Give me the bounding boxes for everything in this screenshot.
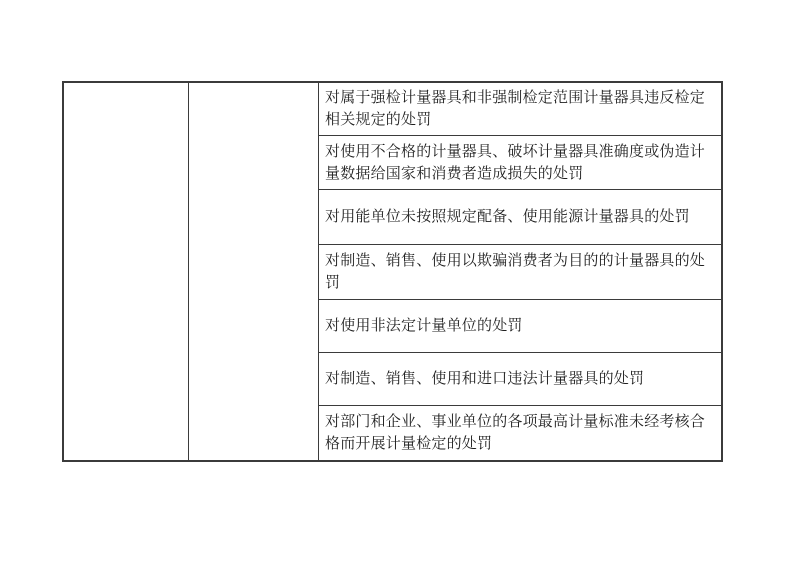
- table-row: 对使用不合格的计量器具、破坏计量器具准确度或伪造计量数据给国家和消费者造成损失的…: [319, 136, 721, 190]
- table-column-items: 对属于强检计量器具和非强制检定范围计量器具违反检定相关规定的处罚 对使用不合格的…: [319, 83, 721, 460]
- table-column-empty-2: [189, 83, 319, 460]
- table-row: 对制造、销售、使用和进口违法计量器具的处罚: [319, 353, 721, 406]
- table-row: 对属于强检计量器具和非强制检定范围计量器具违反检定相关规定的处罚: [319, 83, 721, 136]
- table-row: 对制造、销售、使用以欺骗消费者为目的的计量器具的处罚: [319, 245, 721, 300]
- table-row: 对使用非法定计量单位的处罚: [319, 300, 721, 353]
- document-page: 对属于强检计量器具和非强制检定范围计量器具违反检定相关规定的处罚 对使用不合格的…: [0, 0, 800, 566]
- table-row: 对部门和企业、事业单位的各项最高计量标准未经考核合格而开展计量检定的处罚: [319, 406, 721, 460]
- table-row: 对用能单位未按照规定配备、使用能源计量器具的处罚: [319, 190, 721, 245]
- table-column-empty-1: [64, 83, 189, 460]
- penalty-table: 对属于强检计量器具和非强制检定范围计量器具违反检定相关规定的处罚 对使用不合格的…: [62, 81, 723, 462]
